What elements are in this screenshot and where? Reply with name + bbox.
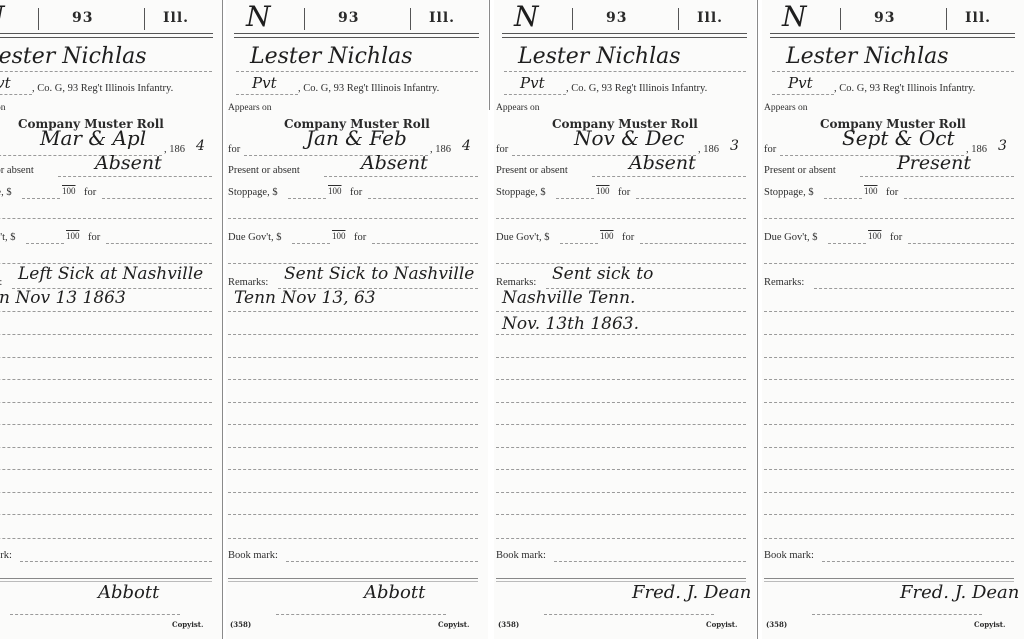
remarks-line-1: Left Sick at Nashville (18, 264, 203, 284)
due-amount-line (828, 243, 866, 244)
due-cents: 100 (600, 231, 614, 241)
header-rule (502, 33, 747, 38)
blank-line (0, 379, 212, 380)
bookmark-label: Book mark: (496, 550, 546, 561)
stoppage-for-line (636, 198, 746, 199)
blank-line (0, 218, 212, 219)
blank-line (496, 492, 746, 493)
stoppage-cents: 100 (62, 186, 76, 196)
bookmark-line (554, 561, 746, 562)
regiment-number: 93 (338, 10, 359, 26)
regiment-number: 93 (72, 10, 93, 26)
stoppage-amount-line (556, 198, 594, 199)
soldier-name: Lester Nichlas (250, 44, 413, 69)
copyist-label: Copyist. (706, 620, 737, 629)
regiment-number: 93 (874, 10, 895, 26)
for-label: for (764, 144, 776, 155)
rank-line (772, 94, 834, 95)
due-for: for (88, 232, 100, 243)
signature-line (276, 614, 446, 615)
due-cents: 100 (332, 231, 346, 241)
bookmark-label: Book mark: (228, 550, 278, 561)
blank-line (228, 379, 478, 380)
stoppage-for: for (84, 187, 96, 198)
remarks-line-1: Sent Sick to Nashville (284, 264, 474, 284)
stoppage-label: Stoppage, $ (764, 187, 814, 198)
name-line (504, 71, 746, 72)
rank-line (236, 94, 298, 95)
header-rule (0, 33, 213, 38)
copyist-label: Copyist. (172, 620, 203, 629)
blank-line (228, 218, 478, 219)
header-rule (234, 33, 479, 38)
stoppage-for-line (904, 198, 1014, 199)
footer-rule (228, 578, 478, 582)
blank-line (496, 424, 746, 425)
rank: Pvt (0, 74, 11, 92)
stoppage-amount-line (22, 198, 60, 199)
roll-period: Jan & Feb (306, 126, 407, 150)
due-for: for (622, 232, 634, 243)
blank-line (0, 357, 212, 358)
stoppage-for: for (618, 187, 630, 198)
blank-line (764, 334, 1014, 335)
blank-line (764, 263, 1014, 264)
for-label: for (496, 144, 508, 155)
due-for: for (890, 232, 902, 243)
due-cents: 100 (66, 231, 80, 241)
muster-card-content: N 93 Ill. Lester Nichlas Pvt , Co. G, 93… (0, 0, 220, 639)
due-for-line (908, 243, 1014, 244)
soldier-name: Lester Nichlas (0, 44, 147, 69)
roll-period: Mar & Apl (40, 126, 146, 150)
due-for-line (640, 243, 746, 244)
present-absent-label: Present or absent (0, 165, 34, 176)
status-line (58, 176, 212, 177)
unit-text: , Co. G, 93 Reg't Illinois Infantry. (32, 83, 173, 94)
stoppage-amount-line (288, 198, 326, 199)
blank-line (0, 492, 212, 493)
signature-line (544, 614, 714, 615)
card-edge (757, 0, 758, 639)
stoppage-amount-line (824, 198, 862, 199)
blank-line (0, 447, 212, 448)
surname-initial: N (0, 0, 5, 33)
due-amount-line (26, 243, 64, 244)
present-absent-status: Absent (95, 152, 162, 174)
due-govt-label: Due Gov't, $ (0, 232, 16, 243)
blank-line (0, 469, 212, 470)
remarks-rule (228, 311, 478, 312)
unit-text: , Co. G, 93 Reg't Illinois Infantry. (566, 83, 707, 94)
blank-line (228, 402, 478, 403)
blank-line (496, 447, 746, 448)
present-absent-status: Present (897, 152, 971, 174)
copyist-label: Copyist. (438, 620, 469, 629)
year-digit: 4 (196, 138, 205, 154)
present-absent-label: Present or absent (496, 165, 568, 176)
rank-line (504, 94, 566, 95)
remarks-rule (814, 288, 1014, 289)
blank-line (228, 334, 478, 335)
due-for-line (106, 243, 212, 244)
muster-card-content: N 93 Ill. Lester Nichlas Pvt , Co. G, 93… (762, 0, 1022, 639)
remarks-line-2: Tenn Nov 13 1863 (0, 288, 126, 308)
copyist-signature: Abbott (98, 582, 159, 603)
stoppage-for: for (886, 187, 898, 198)
state-abbrev: Ill. (697, 10, 723, 26)
blank-line (228, 357, 478, 358)
remarks-line-2: Tenn Nov 13, 63 (234, 288, 376, 308)
due-govt-label: Due Gov't, $ (764, 232, 818, 243)
blank-line (496, 379, 746, 380)
blank-line (228, 469, 478, 470)
blank-line (764, 424, 1014, 425)
due-amount-line (560, 243, 598, 244)
blank-line (496, 538, 746, 539)
stoppage-for-line (368, 198, 478, 199)
blank-line (764, 218, 1014, 219)
stoppage-for-line (102, 198, 212, 199)
due-cents: 100 (868, 231, 882, 241)
blank-line (0, 402, 212, 403)
remarks-line-3: Nov. 13th 1863. (502, 314, 639, 334)
unit-text: , Co. G, 93 Reg't Illinois Infantry. (834, 83, 975, 94)
name-line (0, 71, 212, 72)
bookmark-line (286, 561, 478, 562)
year-prefix: , 186 (430, 144, 451, 155)
bookmark-label: Book mark: (0, 550, 12, 561)
blank-line (228, 514, 478, 515)
stoppage-for: for (350, 187, 362, 198)
copyist-label: Copyist. (974, 620, 1005, 629)
stoppage-label: Stoppage, $ (228, 187, 278, 198)
header-divider (572, 8, 573, 30)
appears-on-label: Appears on (0, 103, 6, 113)
blank-line (764, 447, 1014, 448)
blank-line (0, 424, 212, 425)
form-number: (358) (230, 620, 251, 629)
copyist-signature: Fred. J. Dean (632, 582, 751, 603)
stoppage-cents: 100 (596, 186, 610, 196)
blank-line (496, 357, 746, 358)
remarks-line-2: Nashville Tenn. (502, 288, 635, 308)
blank-line (228, 492, 478, 493)
form-number: (358) (766, 620, 787, 629)
year-digit: 3 (998, 138, 1007, 154)
header-divider (946, 8, 947, 30)
surname-initial: N (782, 0, 807, 33)
stoppage-cents: 100 (864, 186, 878, 196)
blank-line (764, 469, 1014, 470)
appears-on-label: Appears on (228, 103, 272, 113)
status-line (860, 176, 1014, 177)
blank-line (0, 514, 212, 515)
bookmark-label: Book mark: (764, 550, 814, 561)
roll-period: Nov & Dec (574, 126, 684, 150)
appears-on-label: Appears on (764, 103, 808, 113)
stoppage-label: Stoppage, $ (496, 187, 546, 198)
muster-card-mar-apl-1864: N 93 Ill. Lester Nichlas Pvt , Co. G, 93… (0, 0, 222, 639)
due-govt-label: Due Gov't, $ (228, 232, 282, 243)
blank-line (496, 218, 746, 219)
remarks-line-1: Sent sick to (552, 264, 653, 284)
rank: Pvt (788, 74, 813, 92)
blank-line (764, 492, 1014, 493)
remarks-rule (764, 311, 1014, 312)
remarks-label: Remarks: (764, 277, 804, 288)
blank-line (764, 402, 1014, 403)
name-line (772, 71, 1014, 72)
soldier-name: Lester Nichlas (518, 44, 681, 69)
header-rule (770, 33, 1015, 38)
muster-card-jan-feb-1864: N 93 Ill. Lester Nichlas Pvt , Co. G, 93… (226, 0, 488, 639)
present-absent-label: Present or absent (228, 165, 300, 176)
copyist-signature: Abbott (364, 582, 425, 603)
remarks-label: Remarks: (496, 277, 536, 288)
header-divider (304, 8, 305, 30)
blank-line (496, 402, 746, 403)
surname-initial: N (514, 0, 539, 33)
year-prefix: , 186 (698, 144, 719, 155)
remarks-label: Remarks: (0, 277, 2, 288)
blank-line (764, 357, 1014, 358)
remarks-label: Remarks: (228, 277, 268, 288)
remarks-rule (0, 311, 212, 312)
rank: Pvt (520, 74, 545, 92)
stoppage-label: Stoppage, $ (0, 187, 12, 198)
status-line (592, 176, 746, 177)
status-line (324, 176, 478, 177)
due-govt-label: Due Gov't, $ (496, 232, 550, 243)
rank-line (0, 94, 32, 95)
state-abbrev: Ill. (163, 10, 189, 26)
stoppage-cents: 100 (328, 186, 342, 196)
rank: Pvt (252, 74, 277, 92)
blank-line (228, 424, 478, 425)
blank-line (764, 514, 1014, 515)
present-absent-label: Present or absent (764, 165, 836, 176)
header-divider (410, 8, 411, 30)
soldier-name: Lester Nichlas (786, 44, 949, 69)
roll-period: Sept & Oct (842, 126, 955, 150)
bookmark-line (20, 561, 212, 562)
due-for: for (354, 232, 366, 243)
appears-on-label: Appears on (496, 103, 540, 113)
present-absent-status: Absent (361, 152, 428, 174)
blank-line (764, 379, 1014, 380)
header-divider (144, 8, 145, 30)
regiment-number: 93 (606, 10, 627, 26)
bookmark-line (822, 561, 1014, 562)
muster-card-sept-oct-1863: N 93 Ill. Lester Nichlas Pvt , Co. G, 93… (762, 0, 1024, 639)
muster-card-content: N 93 Ill. Lester Nichlas Pvt , Co. G, 93… (494, 0, 754, 639)
year-digit: 4 (462, 138, 471, 154)
signature-line (812, 614, 982, 615)
state-abbrev: Ill. (965, 10, 991, 26)
surname-initial: N (246, 0, 271, 33)
present-absent-status: Absent (629, 152, 696, 174)
blank-line (0, 334, 212, 335)
blank-line (228, 538, 478, 539)
muster-card-nov-dec-1863: N 93 Ill. Lester Nichlas Pvt , Co. G, 93… (494, 0, 756, 639)
blank-line (496, 469, 746, 470)
copyist-signature: Fred. J. Dean (900, 582, 1019, 603)
header-divider (840, 8, 841, 30)
blank-line (764, 538, 1014, 539)
signature-line (10, 614, 180, 615)
card-edge (489, 0, 490, 110)
year-prefix: , 186 (164, 144, 185, 155)
blank-line (0, 538, 212, 539)
name-line (236, 71, 478, 72)
form-number: (358) (498, 620, 519, 629)
unit-text: , Co. G, 93 Reg't Illinois Infantry. (298, 83, 439, 94)
muster-card-content: N 93 Ill. Lester Nichlas Pvt , Co. G, 93… (226, 0, 486, 639)
year-digit: 3 (730, 138, 739, 154)
remarks-rule (496, 311, 746, 312)
for-label: for (228, 144, 240, 155)
blank-line (496, 514, 746, 515)
blank-line (228, 447, 478, 448)
header-divider (38, 8, 39, 30)
blank-line (496, 334, 746, 335)
header-divider (678, 8, 679, 30)
state-abbrev: Ill. (429, 10, 455, 26)
due-amount-line (292, 243, 330, 244)
due-for-line (372, 243, 478, 244)
card-edge (222, 0, 223, 639)
